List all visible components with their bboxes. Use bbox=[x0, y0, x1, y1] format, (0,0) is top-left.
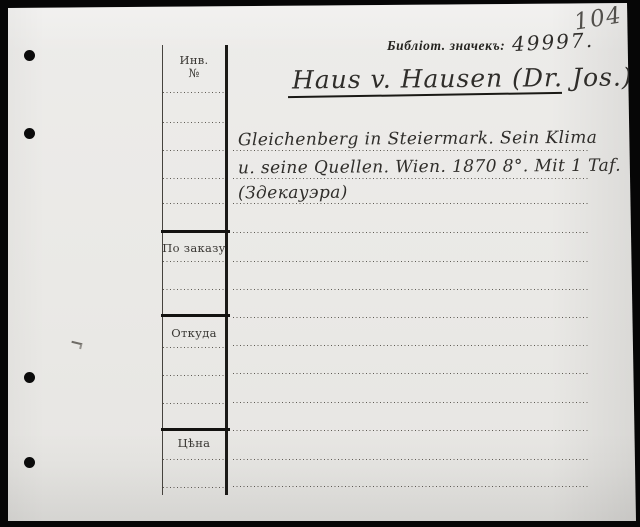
ledger-label-line2: № bbox=[188, 66, 199, 80]
ruled-line bbox=[163, 459, 225, 460]
ruled-line bbox=[163, 403, 225, 404]
ruled-line bbox=[163, 178, 225, 179]
section-divider bbox=[161, 314, 230, 317]
section-divider bbox=[161, 230, 230, 233]
catalog-card: Инв. № По заказу Откуда Цѣна 104 Библіот… bbox=[0, 0, 640, 527]
ruled-line bbox=[233, 317, 590, 318]
ledger-label-inventory-number: Инв. № bbox=[162, 54, 226, 80]
ruled-line bbox=[233, 289, 590, 290]
entry-line: u. seine Quellen. Wien. 1870 8°. Mit 1 T… bbox=[238, 156, 621, 179]
ruled-line bbox=[233, 345, 590, 346]
library-stamp-number: 49997. bbox=[511, 28, 594, 56]
ruled-line bbox=[233, 402, 590, 403]
ruled-line bbox=[233, 430, 590, 431]
stray-pen-mark bbox=[70, 341, 82, 349]
ruled-line bbox=[233, 373, 590, 374]
ruled-line bbox=[163, 347, 225, 348]
section-divider bbox=[161, 428, 230, 431]
ruled-line bbox=[233, 203, 590, 204]
ruled-line bbox=[233, 459, 590, 460]
ruled-line bbox=[233, 178, 590, 179]
ruled-line bbox=[163, 92, 225, 93]
scanned-catalog-card-page: { "document": { "page_number": "104", "s… bbox=[0, 0, 640, 527]
ledger-label-origin: Откуда bbox=[162, 327, 226, 340]
ruled-line bbox=[163, 375, 225, 376]
library-stamp-label: Библіот. значекъ: bbox=[387, 38, 505, 54]
ruled-line bbox=[163, 122, 225, 123]
punch-hole bbox=[24, 50, 35, 61]
ruled-line bbox=[163, 150, 225, 151]
punch-hole bbox=[24, 372, 35, 383]
punch-hole bbox=[24, 128, 35, 139]
ledger-label-by-order: По заказу bbox=[162, 242, 226, 255]
ruled-line bbox=[163, 487, 225, 488]
ruled-line bbox=[233, 150, 590, 151]
ruled-line bbox=[233, 261, 590, 262]
entry-line: Gleichenberg in Steiermark. Sein Klima bbox=[238, 128, 597, 151]
ledger-label-price: Цѣна bbox=[162, 437, 226, 450]
ruled-line bbox=[163, 203, 225, 204]
entry-line: (Здекауэра) bbox=[238, 183, 348, 204]
ledger-label-line1: Инв. bbox=[179, 53, 208, 67]
ruled-line bbox=[163, 261, 225, 262]
ruled-line bbox=[233, 486, 590, 487]
author-heading: Haus v. Hausen (Dr. Jos.) bbox=[292, 63, 633, 95]
ruled-line bbox=[163, 289, 225, 290]
ruled-line bbox=[233, 232, 590, 233]
punch-hole bbox=[24, 457, 35, 468]
